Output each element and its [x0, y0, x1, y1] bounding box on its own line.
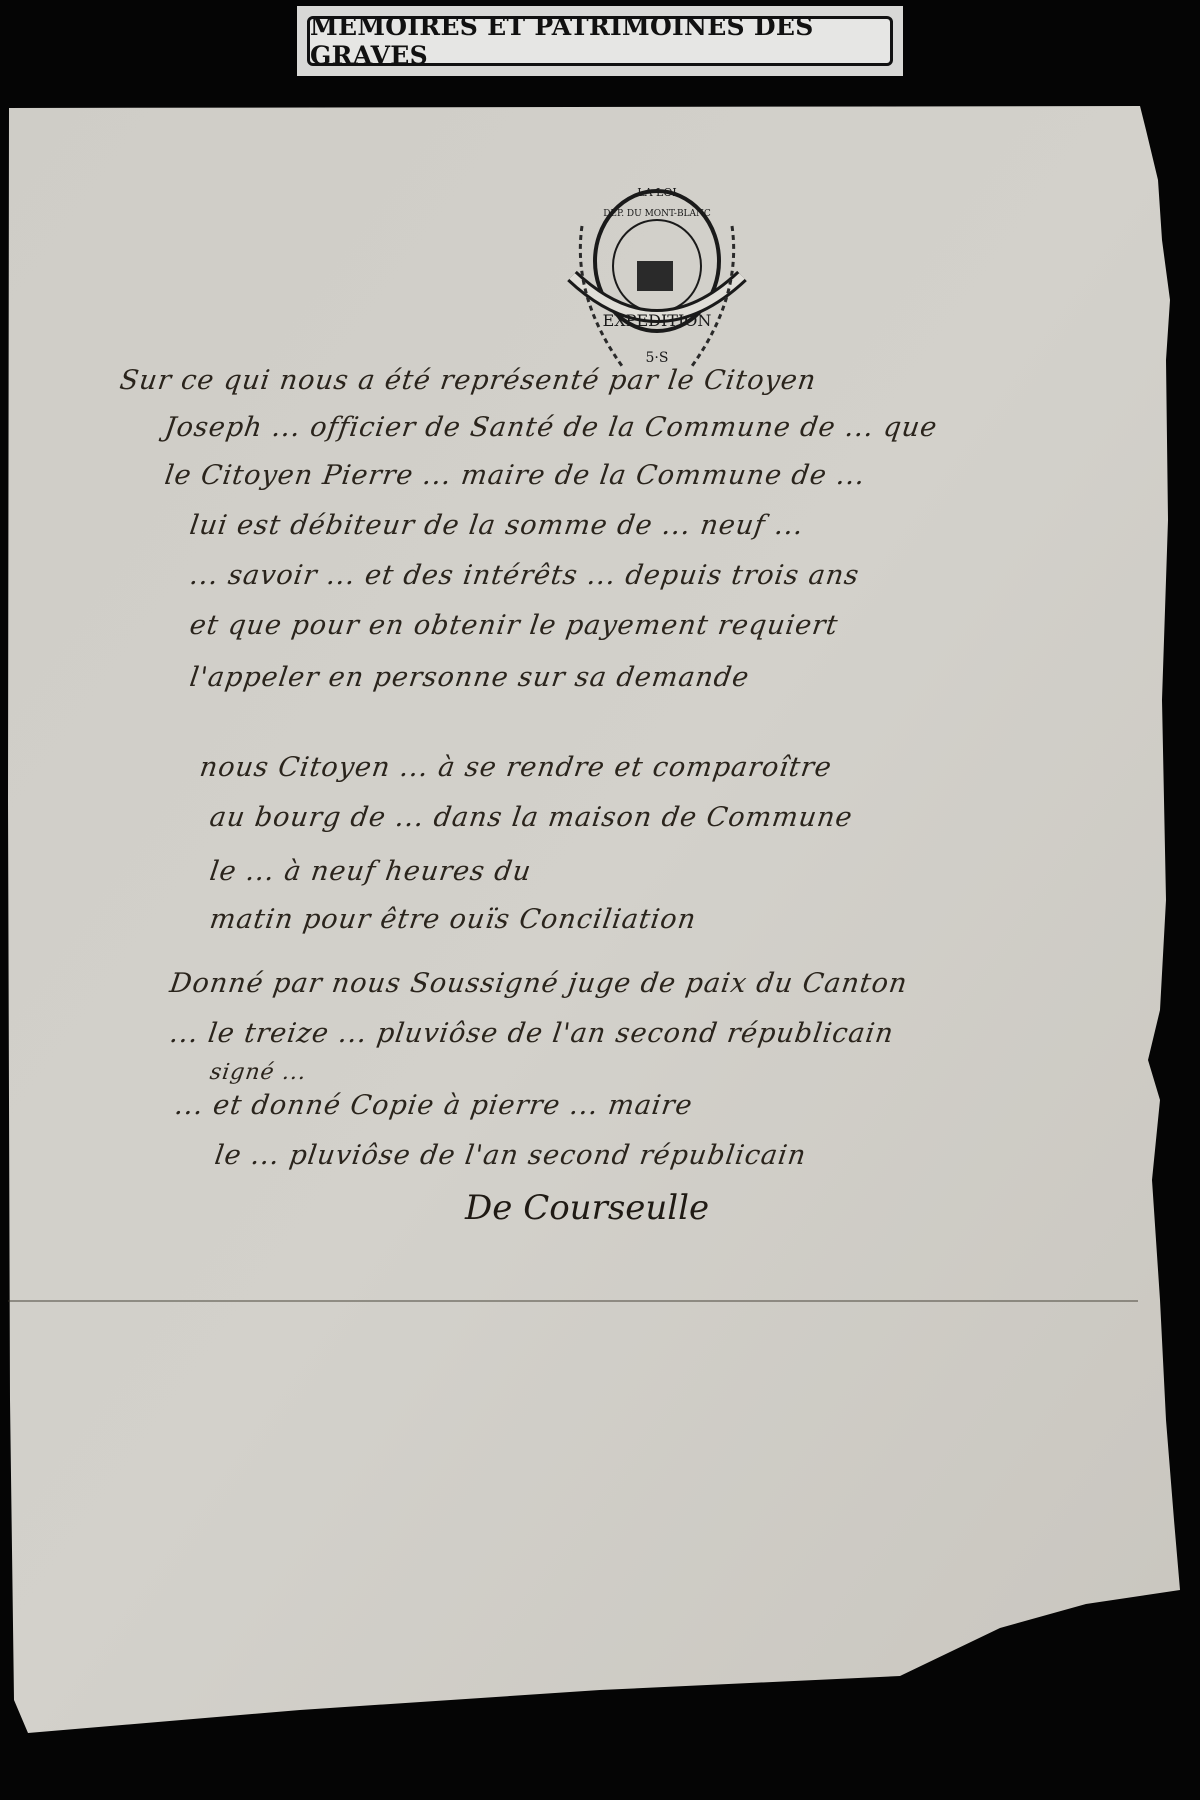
text-line: Donné par nous Soussigné juge de paix du… [168, 968, 910, 999]
text-line: ... le treize ... pluviôse de l'an secon… [168, 1018, 896, 1049]
text-line: ... et donné Copie à pierre ... maire [173, 1090, 695, 1121]
text-line: le Citoyen Pierre ... maire de la Commun… [163, 460, 868, 491]
text-line: au bourg de ... dans la maison de Commun… [208, 802, 855, 833]
text-line: le ... pluviôse de l'an second républica… [213, 1140, 809, 1171]
text-line: le ... à neuf heures du [208, 856, 534, 887]
text-line: Sur ce qui nous a été représenté par le … [118, 365, 819, 396]
text-line: et que pour en obtenir le payement requi… [188, 610, 840, 641]
fold-line [8, 1300, 1138, 1302]
stamp-top-text: LA LOI [637, 186, 676, 199]
text-line: Joseph ... officier de Santé de la Commu… [163, 412, 940, 443]
tax-stamp: LA LOI DEP. DU MONT-BLANC EXPEDITION 5·S [552, 166, 762, 386]
text-line: l'appeler en personne sur sa demande [188, 662, 752, 693]
text-line: signé ... [208, 1060, 308, 1085]
text-line: ... savoir ... et des intérêts ... depui… [188, 560, 862, 591]
text-line: lui est débiteur de la somme de ... neuf… [188, 510, 806, 541]
text-line: nous Citoyen ... à se rendre et comparoî… [198, 752, 834, 783]
stamp-arc-text: DEP. DU MONT-BLANC [603, 209, 711, 219]
text-line: matin pour être ouïs Conciliation [208, 904, 699, 935]
stamp-ribbon-text: EXPEDITION [603, 311, 712, 330]
stamp-value: 5·S [646, 350, 669, 366]
signature: De Courseulle [465, 1188, 709, 1228]
